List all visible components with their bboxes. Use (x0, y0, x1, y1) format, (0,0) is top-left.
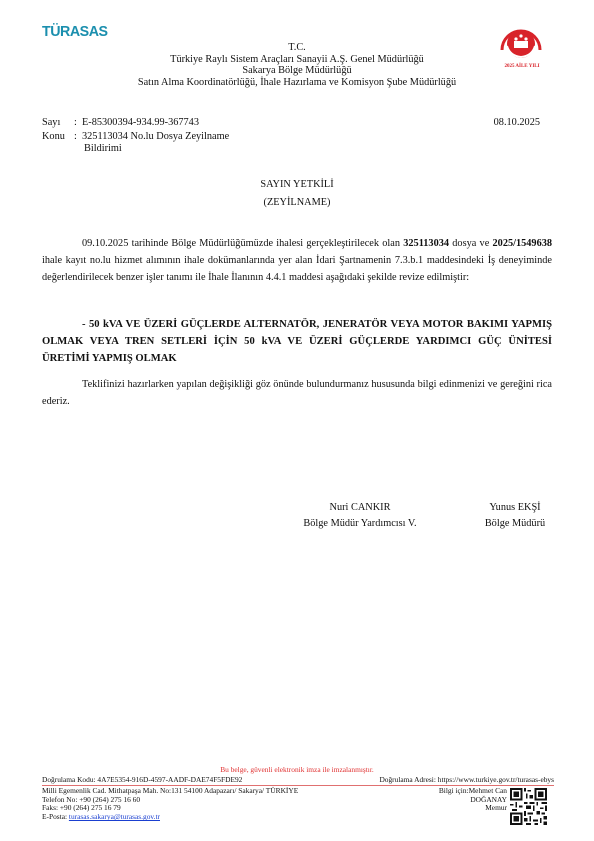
konu-label: Konu (42, 131, 66, 155)
qr-code-icon (510, 788, 547, 825)
signature-block: Yunus EKŞİ Bölge Müdürü (470, 500, 560, 532)
email-link[interactable]: turasas.sakarya@turasas.gov.tr (69, 812, 160, 821)
verification-bar: Doğrulama Kodu: 4A7E5354-916D-4597-AADF-… (42, 775, 554, 786)
letterhead: T.C. Türkiye Raylı Sistem Araçları Sanay… (0, 42, 594, 88)
header-line: Sakarya Bölge Müdürlüğü (0, 65, 594, 77)
signer-title: Bölge Müdürü (470, 516, 560, 532)
signer-name: Nuri CANKIR (285, 500, 435, 516)
salutation: SAYIN YETKİLİ (ZEYİLNAME) (0, 176, 594, 212)
body-paragraph-closing: Teklifinizi hazırlarken yapılan değişikl… (42, 376, 552, 410)
verification-address[interactable]: Doğrulama Adresi: https://www.turkiye.go… (379, 775, 554, 784)
document-meta: Sayı : E-85300394-934.99-367743 Konu : 3… (42, 117, 342, 155)
body-paragraph-1: 09.10.2025 tarihinde Bölge Müdürlüğümüzd… (42, 235, 552, 286)
email-row: E-Posta: turasas.sakarya@turasas.gov.tr (42, 813, 298, 822)
document-date: 08.10.2025 (494, 117, 540, 128)
turasas-logo: TÜRASAS (42, 23, 108, 40)
separator: : (74, 131, 82, 155)
signature-block: Nuri CANKIR Bölge Müdür Yardımcısı V. (285, 500, 435, 532)
salutation-line: SAYIN YETKİLİ (0, 176, 594, 194)
header-line: T.C. (0, 42, 594, 54)
tender-record-number: 2025/1549638 (493, 238, 553, 249)
verification-code: Doğrulama Kodu: 4A7E5354-916D-4597-AADF-… (42, 775, 242, 784)
e-signature-note: Bu belge, güvenli elektronik imza ile im… (0, 765, 594, 774)
sayi-value: E-85300394-934.99-367743 (82, 117, 342, 129)
file-number: 325113034 (403, 238, 449, 249)
contact-address: Milli Egemenlik Cad. Mithatpaşa Mah. No:… (42, 787, 298, 822)
header-line: Türkiye Raylı Sistem Araçları Sanayii A.… (0, 54, 594, 66)
signer-name: Yunus EKŞİ (470, 500, 560, 516)
konu-value: 325113034 No.lu Dosya Zeyilname Bildirim… (82, 131, 342, 155)
contact-person: Bilgi için:Mehmet Can DOĞANAY Memur (380, 787, 507, 813)
sayi-label: Sayı (42, 117, 66, 129)
signer-title: Bölge Müdür Yardımcısı V. (285, 516, 435, 532)
header-line: Satın Alma Koordinatörlüğü, İhale Hazırl… (0, 77, 594, 89)
body-paragraph-revision: - 50 kVA VE ÜZERİ GÜÇLERDE ALTERNATÖR, J… (42, 316, 552, 367)
separator: : (74, 117, 82, 129)
salutation-subtitle: (ZEYİLNAME) (0, 194, 594, 212)
